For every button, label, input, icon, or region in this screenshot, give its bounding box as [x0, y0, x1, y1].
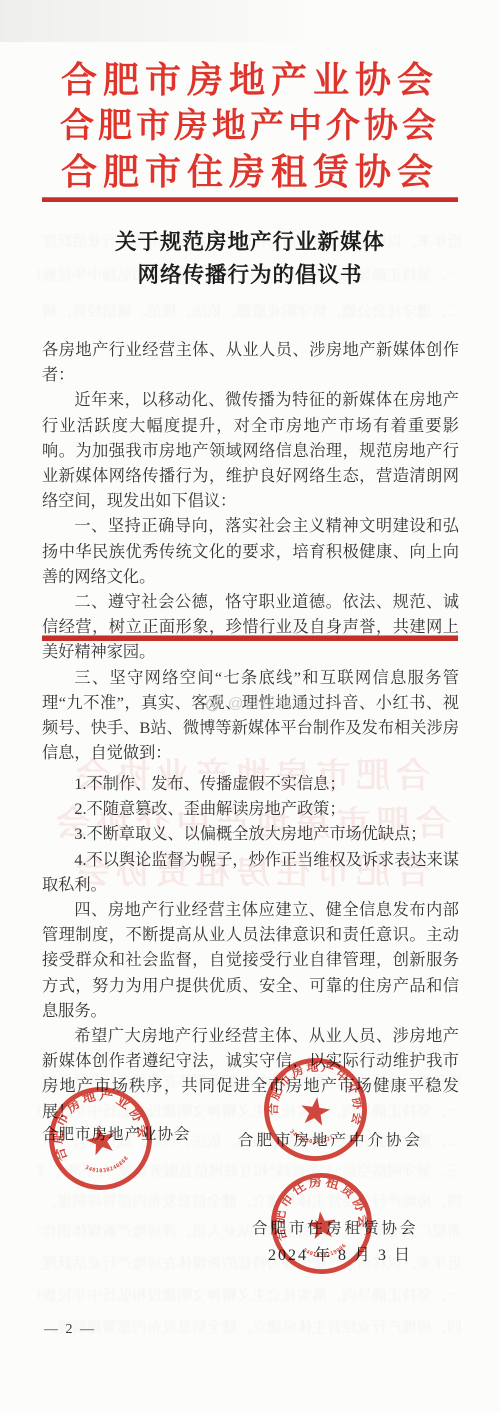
- list-item-4: 4.不以舆论监督为幌子，炒作正当维权及诉求表达来谋取私利。: [42, 848, 459, 898]
- body-text-lower: 1.不制作、发布、传播虚假不实信息； 2.不随意篡改、歪曲解读房地产政策； 3.…: [42, 772, 459, 1125]
- letterhead-divider-rule: [42, 198, 458, 202]
- seal-star-icon: [83, 1123, 118, 1157]
- seal-serial-text: 3401030352321: [287, 1128, 336, 1148]
- document-title: 关于规范房地产行业新媒体 网络传播行为的倡议书: [0, 226, 500, 292]
- page-number: — 2 —: [44, 1322, 96, 1338]
- paragraph-item-4: 四、房地产行业经营主体应建立、健全信息发布内部管理制度，不断提高从业人员法律意识…: [42, 898, 459, 1024]
- official-seal-3: 合肥市住房租赁协会 3401030219996: [263, 1165, 380, 1282]
- list-item-1: 1.不制作、发布、传播虚假不实信息；: [42, 772, 459, 797]
- weibo-eye-icon: [204, 693, 224, 713]
- weibo-watermark: @话视察家: [204, 692, 308, 713]
- paragraph-item-3: 三、坚守网络空间“七条底线”和互联网信息服务管理“九不准”，真实、客观、理性地通…: [42, 666, 459, 767]
- list-item-3: 3.不断章取义、以偏概全放大房地产市场优缺点；: [42, 822, 459, 847]
- letterhead-association-2: 合肥市房地产中介协会: [0, 98, 500, 147]
- scanned-document-page: 合肥市房地产业协会 合肥市房地产中介协会 合肥市住房租赁协会 近年来，以移动化、…: [0, 0, 500, 1413]
- salutation: 各房地产行业经营主体、从业人员、涉房地产新媒体创作者：: [42, 338, 459, 388]
- svg-text:3401030219996: 3401030219996: [301, 1242, 349, 1261]
- bleed-through-text: 二、遵守社会公德，恪守职业道德。依法、规范、诚信经营，树立正面形象，珍惜行业及自…: [38, 300, 462, 321]
- seal-star-icon: [299, 1095, 331, 1126]
- document-title-line-1: 关于规范房地产行业新媒体: [0, 226, 500, 259]
- document-title-line-2: 网络传播行为的倡议书: [0, 259, 500, 292]
- paragraph: 近年来，以移动化、微传播为特征的新媒体在房地产行业活跃度大幅度提升，对全市房地产…: [42, 388, 459, 514]
- paragraph-item-2: 二、遵守社会公德，恪守职业道德。依法、规范、诚信经营，树立正面形象，珍惜行业及自…: [42, 590, 459, 666]
- letterhead-association-1: 合肥市房地产业协会: [0, 52, 500, 103]
- official-seal-2: 合肥市房地产中介协会 3401030352321: [255, 1049, 376, 1170]
- svg-text:3401030352321: 3401030352321: [287, 1128, 336, 1148]
- svg-text:3401030240868: 3401030240868: [83, 1154, 132, 1179]
- letterhead-association-3: 合肥市住房租赁协会: [0, 144, 500, 195]
- page-break-rule: [42, 636, 458, 641]
- seal-serial-text: 3401030240868: [83, 1154, 132, 1179]
- paragraph-item-1: 一、坚持正确导向，落实社会主义精神文明建设和弘扬中华民族优秀传统文化的要求，培育…: [42, 514, 459, 590]
- scan-shadow: [0, 0, 500, 42]
- list-item-2: 2.不随意篡改、歪曲解读房地产政策；: [42, 797, 459, 822]
- watermark-handle: @话视察家: [228, 692, 308, 713]
- seal-serial-text: 3401030219996: [301, 1242, 349, 1261]
- bleed-through-text: 四、房地产行业经营主体应建立、健全信息发布内部管理制度，不断提高从业人员法律意识…: [38, 1316, 462, 1337]
- seal-star-icon: [306, 1210, 337, 1240]
- bleed-through-text: 一、坚持正确导向，落实社会主义精神文明建设和弘扬中华民族优秀传统文化的要求，培育…: [38, 1284, 462, 1305]
